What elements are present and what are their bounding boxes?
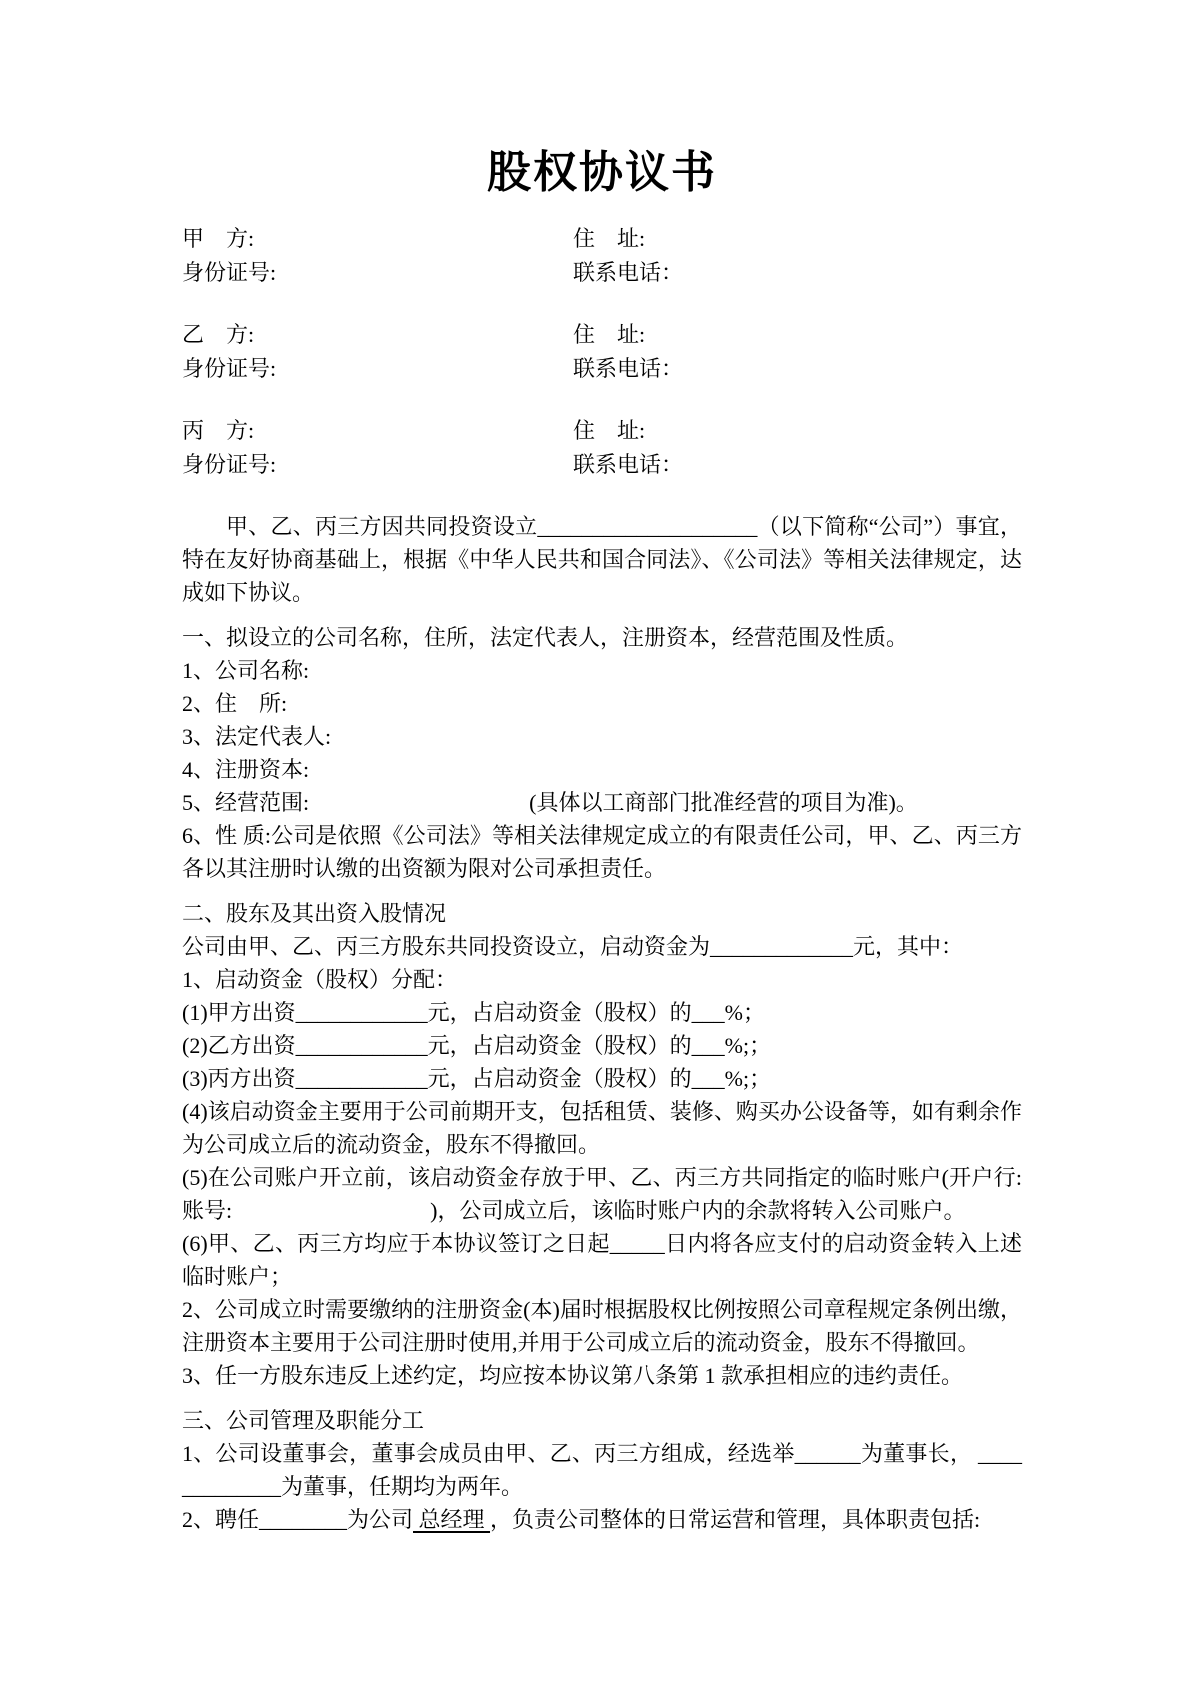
party-id-label: 身份证号: xyxy=(182,352,573,386)
text-run: 1、公司名称: xyxy=(182,658,309,683)
text-run: (3)丙方出资____________元，占启动资金（股权）的___%;； xyxy=(182,1066,771,1091)
text-run: (2)乙方出资____________元，占启动资金（股权）的___%;； xyxy=(182,1033,771,1058)
paragraph: (2)乙方出资____________元，占启动资金（股权）的___%;； xyxy=(182,1029,1022,1062)
text-run: 2、住 所: xyxy=(182,691,287,716)
paragraph: 1、公司名称: xyxy=(182,654,1022,687)
party-row: 身份证号:联系电话： xyxy=(182,256,1022,290)
contract-document-page: 股权协议书 甲 方:住 址:身份证号:联系电话：乙 方:住 址:身份证号:联系电… xyxy=(0,0,1190,1683)
paragraph: (4)该启动资金主要用于公司前期开支，包括租赁、装修、购买办公设备等，如有剩余作… xyxy=(182,1095,1022,1161)
text-run: ，负责公司整体的日常运营和管理，具体职责包括: xyxy=(490,1507,980,1532)
party-name-label: 甲 方: xyxy=(182,222,573,256)
text-run: 6、性 质:公司是依照《公司法》等相关法律规定成立的有限责任公司，甲、乙、丙三方… xyxy=(182,823,1022,881)
text-run: (1)甲方出资____________元，占启动资金（股权）的___%； xyxy=(182,1000,765,1025)
party-id-label: 身份证号: xyxy=(182,256,573,290)
party-phone-label: 联系电话： xyxy=(573,448,683,482)
party-address-label: 住 址: xyxy=(573,318,645,352)
text-run: 2、公司成立时需要缴纳的注册资金(本)届时根据股权比例按照公司章程规定条例出缴，… xyxy=(182,1297,1022,1355)
paragraph: 1、公司设董事会，董事会成员由甲、乙、丙三方组成，经选举______为董事长， … xyxy=(182,1437,1022,1503)
party-phone-label: 联系电话： xyxy=(573,352,683,386)
party-block-2: 乙 方:住 址:身份证号:联系电话： xyxy=(182,318,1022,386)
party-info-block: 甲 方:住 址:身份证号:联系电话：乙 方:住 址:身份证号:联系电话：丙 方:… xyxy=(182,222,1022,482)
party-row: 身份证号:联系电话： xyxy=(182,448,1022,482)
section-3: 三、公司管理及职能分工1、公司设董事会，董事会成员由甲、乙、丙三方组成，经选举_… xyxy=(182,1404,1022,1536)
paragraph: 公司由甲、乙、丙三方股东共同投资设立，启动资金为_____________元，其… xyxy=(182,930,1022,963)
paragraph: 2、聘任________为公司 总经理 ，负责公司整体的日常运营和管理，具体职责… xyxy=(182,1503,1022,1536)
section-heading: 三、公司管理及职能分工 xyxy=(182,1404,1022,1437)
text-run: (5)在公司账户开立前，该启动资金存放于甲、乙、丙三方共同指定的临时账户(开户行… xyxy=(182,1165,1176,1223)
text-run: 公司由甲、乙、丙三方股东共同投资设立，启动资金为_____________元，其… xyxy=(182,934,963,959)
paragraph: 2、住 所: xyxy=(182,687,1022,720)
paragraph: (3)丙方出资____________元，占启动资金（股权）的___%;； xyxy=(182,1062,1022,1095)
party-name-label: 乙 方: xyxy=(182,318,573,352)
text-run: 2、聘任________为公司 xyxy=(182,1507,413,1532)
intro-paragraph: 甲、乙、丙三方因共同投资设立____________________（以下简称“… xyxy=(182,510,1022,609)
party-name-label: 丙 方: xyxy=(182,414,573,448)
paragraph: (6)甲、乙、丙三方均应于本协议签订之日起_____日内将各应支付的启动资金转入… xyxy=(182,1227,1022,1293)
text-run: 3、任一方股东违反上述约定，均应按本协议第八条第 1 款承担相应的违约责任。 xyxy=(182,1363,963,1388)
party-row: 丙 方:住 址: xyxy=(182,414,1022,448)
paragraph: 5、经营范围: (具体以工商部门批准经营的项目为准)。 xyxy=(182,786,1022,819)
party-id-label: 身份证号: xyxy=(182,448,573,482)
document-body: 一、拟设立的公司名称，住所，法定代表人，注册资本，经营范围及性质。1、公司名称:… xyxy=(182,621,1022,1536)
party-row: 甲 方:住 址: xyxy=(182,222,1022,256)
text-run: 4、注册资本: xyxy=(182,757,309,782)
party-block-1: 甲 方:住 址:身份证号:联系电话： xyxy=(182,222,1022,290)
party-row: 身份证号:联系电话： xyxy=(182,352,1022,386)
section-1: 一、拟设立的公司名称，住所，法定代表人，注册资本，经营范围及性质。1、公司名称:… xyxy=(182,621,1022,885)
text-run: 1、启动资金（股权）分配： xyxy=(182,967,457,992)
paragraph: 2、公司成立时需要缴纳的注册资金(本)届时根据股权比例按照公司章程规定条例出缴，… xyxy=(182,1293,1022,1359)
paragraph: (1)甲方出资____________元，占启动资金（股权）的___%； xyxy=(182,996,1022,1029)
text-run: (6)甲、乙、丙三方均应于本协议签订之日起_____日内将各应支付的启动资金转入… xyxy=(182,1231,1022,1289)
party-phone-label: 联系电话： xyxy=(573,256,683,290)
paragraph: 3、法定代表人: xyxy=(182,720,1022,753)
text-run: 5、经营范围: (具体以工商部门批准经营的项目为准)。 xyxy=(182,790,918,815)
text-run: 3、法定代表人: xyxy=(182,724,331,749)
party-address-label: 住 址: xyxy=(573,414,645,448)
section-heading: 一、拟设立的公司名称，住所，法定代表人，注册资本，经营范围及性质。 xyxy=(182,621,1022,654)
paragraph: 3、任一方股东违反上述约定，均应按本协议第八条第 1 款承担相应的违约责任。 xyxy=(182,1359,1022,1392)
paragraph: 4、注册资本: xyxy=(182,753,1022,786)
party-row: 乙 方:住 址: xyxy=(182,318,1022,352)
paragraph: 1、启动资金（股权）分配： xyxy=(182,963,1022,996)
paragraph: 6、性 质:公司是依照《公司法》等相关法律规定成立的有限责任公司，甲、乙、丙三方… xyxy=(182,819,1022,885)
section-2: 二、股东及其出资入股情况公司由甲、乙、丙三方股东共同投资设立，启动资金为____… xyxy=(182,897,1022,1392)
section-heading: 二、股东及其出资入股情况 xyxy=(182,897,1022,930)
text-run: 1、公司设董事会，董事会成员由甲、乙、丙三方组成，经选举______为董事长， … xyxy=(182,1441,1022,1499)
party-address-label: 住 址: xyxy=(573,222,645,256)
paragraph: (5)在公司账户开立前，该启动资金存放于甲、乙、丙三方共同指定的临时账户(开户行… xyxy=(182,1161,1022,1227)
document-title: 股权协议书 xyxy=(182,148,1022,197)
underlined-text: 总经理 xyxy=(413,1507,490,1532)
party-block-3: 丙 方:住 址:身份证号:联系电话： xyxy=(182,414,1022,482)
text-run: (4)该启动资金主要用于公司前期开支，包括租赁、装修、购买办公设备等，如有剩余作… xyxy=(182,1099,1022,1157)
